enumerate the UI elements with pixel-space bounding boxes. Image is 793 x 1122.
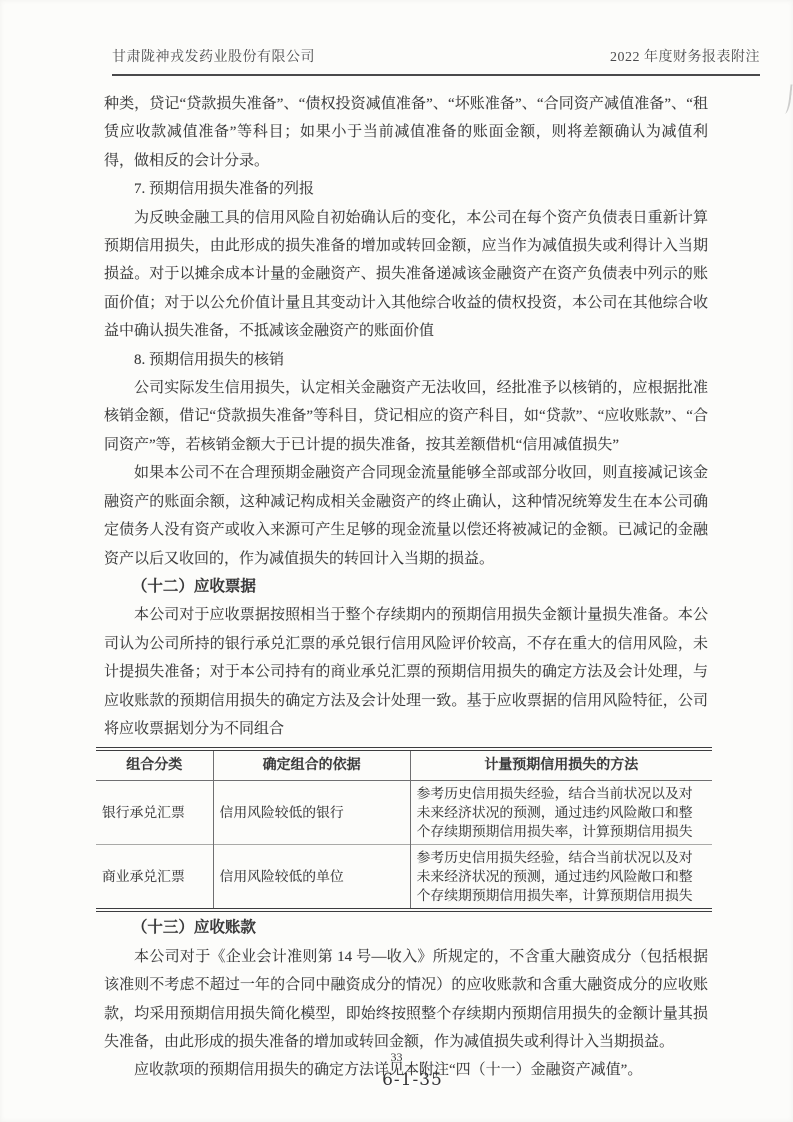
cell-portfolio-class: 银行承兑汇票 [96, 781, 213, 845]
heading-item-8: 8. 预期信用损失的核销 [104, 346, 708, 374]
scan-edge-artifact [781, 84, 792, 115]
receivable-portfolio-table: 组合分类 确定组合的依据 计量预期信用损失的方法 银行承兑汇票 信用风险较低的银… [96, 747, 712, 912]
table-row: 银行承兑汇票 信用风险较低的银行 参考历史信用损失经验，结合当前状况以及对未来经… [96, 781, 712, 845]
cell-ecl-method: 参考历史信用损失经验，结合当前状况以及对未来经济状况的预测，通过违约风险敞口和整… [410, 781, 712, 845]
table-header-portfolio-class: 组合分类 [96, 749, 213, 781]
scanned-report-page: 甘肃陇神戎发药业股份有限公司 2022 年度财务报表附注 种类，贷记“贷款损失准… [0, 0, 793, 1122]
cell-portfolio-class: 商业承兑汇票 [96, 845, 213, 911]
heading-section-13: （十三）应收账款 [104, 914, 708, 942]
cell-ecl-method: 参考历史信用损失经验，结合当前状况以及对未来经济状况的预测，通过违约风险敞口和整… [410, 845, 712, 911]
document-body: 种类，贷记“贷款损失准备”、“债权投资减值准备”、“坏账准备”、“合同资产减值准… [104, 90, 708, 1085]
paragraph-item-8a: 公司实际发生信用损失，认定相关金融资产无法收回，经批准予以核销的，应根据批准核销… [104, 374, 708, 459]
paragraph-section-12: 本公司对于应收票据按照相当于整个存续期内的预期信用损失金额计量损失准备。本公司认… [104, 601, 708, 743]
paragraph-section-13a: 本公司对于《企业会计准则第 14 号—收入》所规定的，不含重大融资成分（包括根据… [104, 943, 708, 1057]
paragraph-carryover: 种类，贷记“贷款损失准备”、“债权投资减值准备”、“坏账准备”、“合同资产减值准… [104, 90, 708, 175]
heading-item-7: 7. 预期信用损失准备的列报 [104, 175, 708, 203]
table-header-portfolio-basis: 确定组合的依据 [213, 749, 410, 781]
paragraph-item-8b: 如果本公司不在合理预期金融资产合同现金流量能够全部或部分收回，则直接减记该金融资… [104, 459, 708, 573]
company-name: 甘肃陇神戎发药业股份有限公司 [112, 46, 315, 66]
report-title: 2022 年度财务报表附注 [610, 46, 760, 66]
page-number: 33 [0, 1050, 793, 1065]
table-row: 商业承兑汇票 信用风险较低的单位 参考历史信用损失经验，结合当前状况以及对未来经… [96, 845, 712, 911]
paragraph-item-7: 为反映金融工具的信用风险自初始确认后的变化，本公司在每个资产负债表日重新计算预期… [104, 204, 708, 346]
running-header: 甘肃陇神戎发药业股份有限公司 2022 年度财务报表附注 [112, 46, 760, 76]
cell-portfolio-basis: 信用风险较低的银行 [213, 781, 410, 845]
table-header-ecl-method: 计量预期信用损失的方法 [410, 749, 712, 781]
cell-portfolio-basis: 信用风险较低的单位 [213, 845, 410, 911]
heading-section-12: （十二）应收票据 [104, 573, 708, 601]
table-header-row: 组合分类 确定组合的依据 计量预期信用损失的方法 [96, 749, 712, 781]
document-page-number: 6-1-35 [16, 1070, 793, 1090]
